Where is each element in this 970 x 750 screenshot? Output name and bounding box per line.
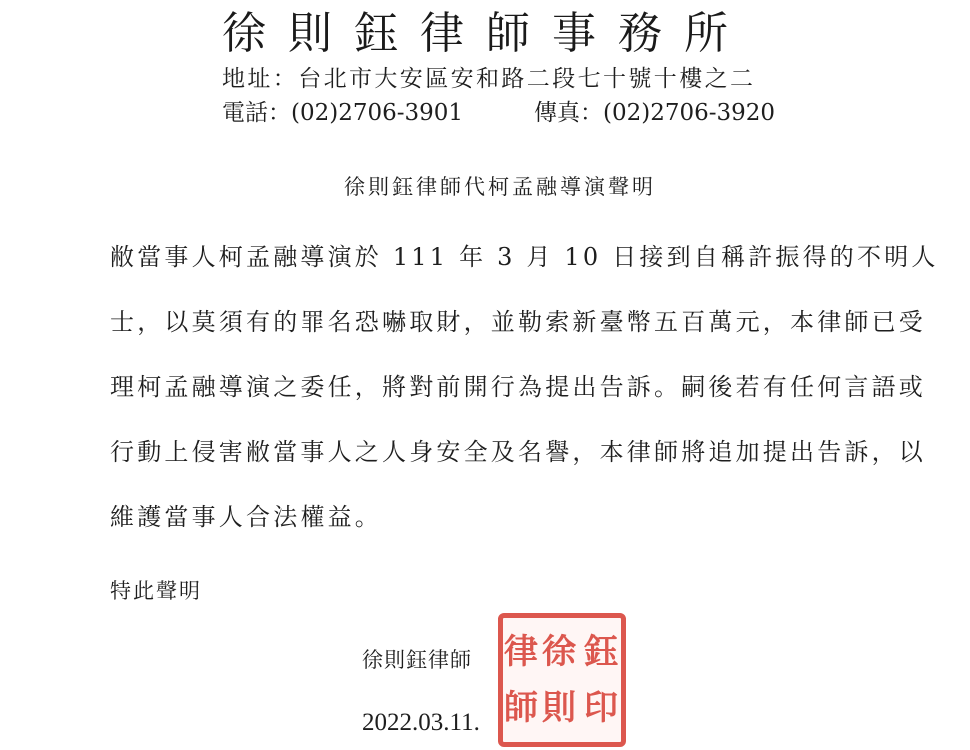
seal-column: 徐 則: [539, 624, 579, 736]
firm-name: 徐則鈺律師事務所: [222, 8, 782, 60]
firm-fax: 傳真：(02)2706-3920: [534, 98, 775, 128]
statement-title: 徐則鈺律師代柯孟融導演聲明: [0, 172, 970, 202]
firm-address: 地址：台北市大安區安和路二段七十號十樓之二: [222, 64, 755, 94]
seal-character: 徐: [542, 635, 576, 669]
seal-character: 律: [504, 635, 538, 669]
body-line: 士，以莫須有的罪名恐嚇取財，並勒索新臺幣五百萬元，本律師已受: [110, 306, 926, 338]
seal-character: 鈺: [584, 635, 618, 669]
body-line: 敝當事人柯孟融導演於 111 年 3 月 10 日接到自稱許振得的不明人: [110, 241, 939, 273]
seal-character: 印: [584, 691, 618, 725]
signatory-name: 徐則鈺律師: [362, 644, 472, 676]
contact-row: 電話：(02)2706-3901 傳真：(02)2706-3920: [222, 98, 463, 128]
body-line: 維護當事人合法權益。: [110, 501, 382, 533]
closing-remark: 特此聲明: [110, 575, 202, 607]
firm-phone: 電話：(02)2706-3901: [222, 100, 463, 126]
body-line: 理柯孟融導演之委任，將對前開行為提出告訴。嗣後若有任何言語或: [110, 371, 926, 403]
seal-character: 則: [542, 691, 576, 725]
seal-column: 鈺 印: [583, 624, 619, 736]
body-line: 行動上侵害敝當事人之人身安全及名譽，本律師將追加提出告訴，以: [110, 436, 926, 468]
seal-character: 師: [504, 691, 538, 725]
red-seal-stamp: 律 師 徐 則 鈺 印: [498, 613, 626, 747]
seal-column: 律 師: [507, 624, 535, 736]
signature-date: 2022.03.11.: [362, 705, 480, 741]
